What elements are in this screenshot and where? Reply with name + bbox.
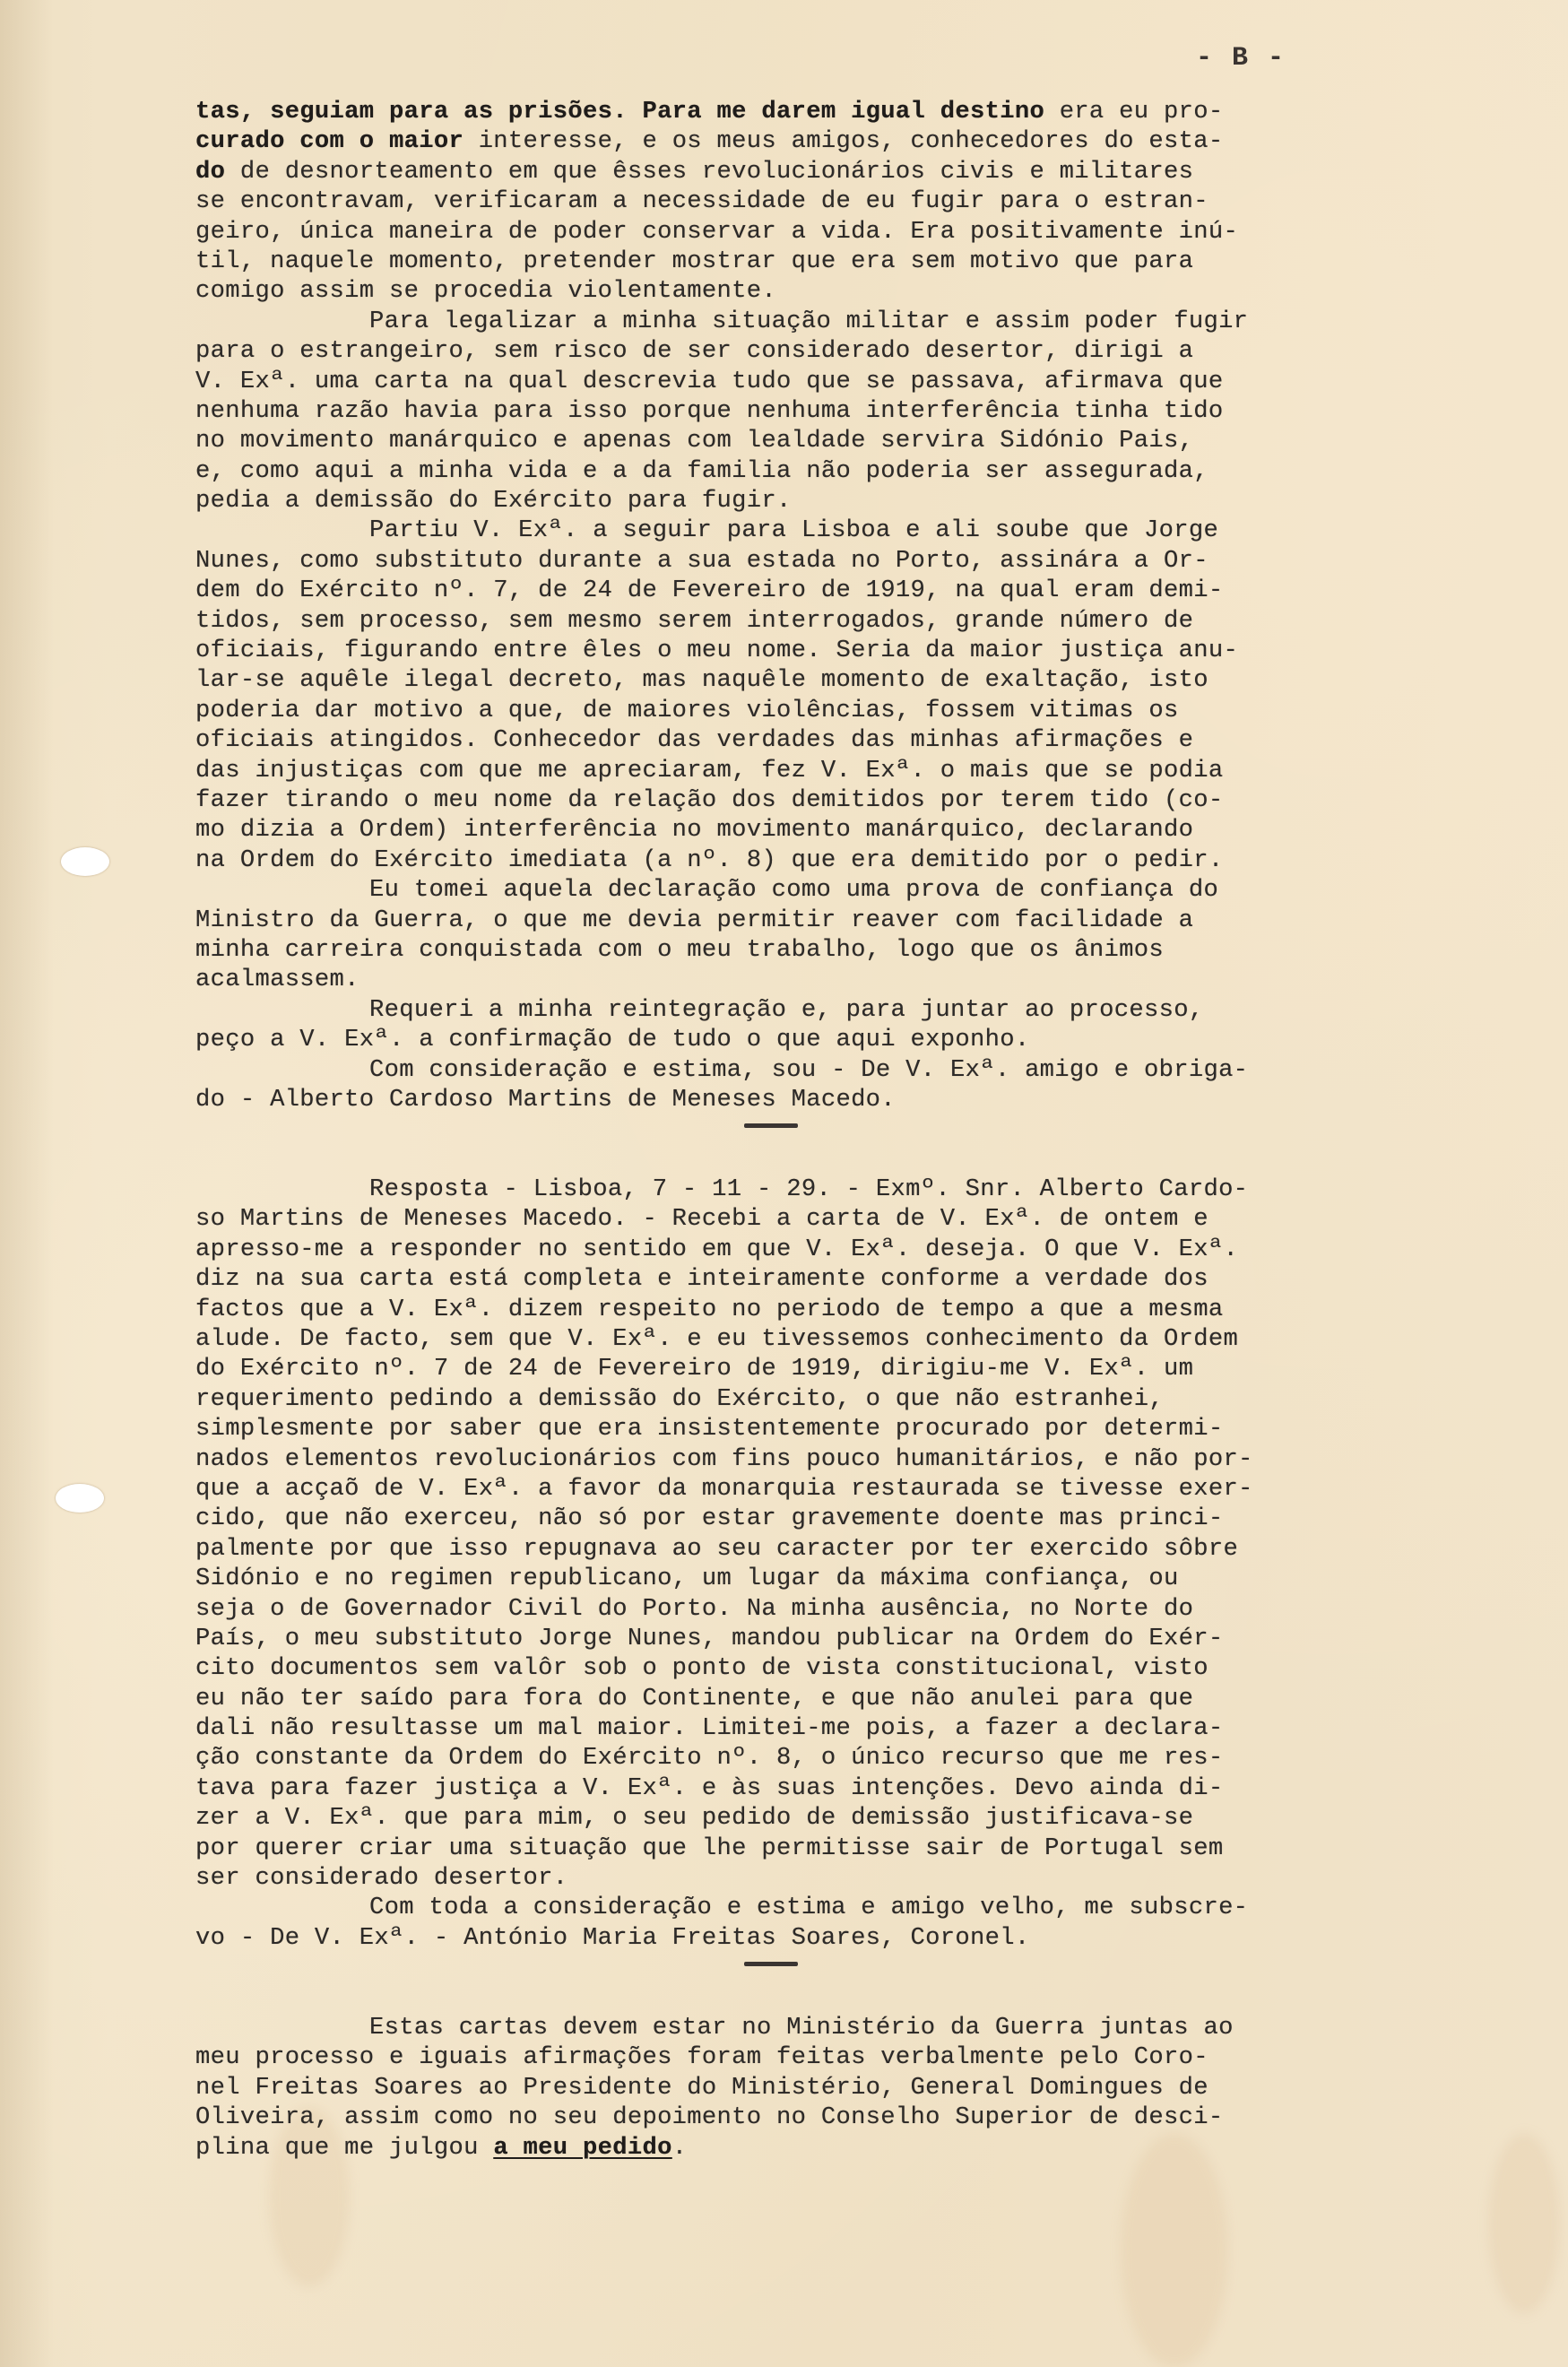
text-span: alude. De facto, sem que V. Exª. e eu ti… xyxy=(195,1325,1238,1353)
text-span: no movimento manárquico e apenas com lea… xyxy=(195,427,1193,455)
text-line: pedia a demissão do Exército para fugir. xyxy=(195,486,1486,516)
text-span: Nunes, como substituto durante a sua est… xyxy=(195,547,1208,575)
section-separator xyxy=(195,1114,1486,1144)
text-line: Estas cartas devem estar no Ministério d… xyxy=(195,2013,1486,2042)
text-span: Eu tomei aquela declaração como uma prov… xyxy=(369,876,1218,904)
text-line: do - Alberto Cardoso Martins de Meneses … xyxy=(195,1085,1486,1114)
text-line: Resposta - Lisboa, 7 - 11 - 29. - Exmº. … xyxy=(195,1175,1486,1204)
text-line: V. Exª. uma carta na qual descrevia tudo… xyxy=(195,367,1486,396)
text-span: Com consideração e estima, sou - De V. E… xyxy=(369,1056,1248,1084)
text-span: tidos, sem processo, sem mesmo serem int… xyxy=(195,607,1193,635)
text-span: palmente por que isso repugnava ao seu c… xyxy=(195,1535,1238,1563)
text-span: por querer criar uma situação que lhe pe… xyxy=(195,1834,1223,1862)
text-span: comigo assim se procedia violentamente. xyxy=(195,277,776,305)
text-line: oficiais atingidos. Conhecedor das verda… xyxy=(195,725,1486,755)
text-line: Nunes, como substituto durante a sua est… xyxy=(195,546,1486,576)
text-line: nenhuma razão havia para isso porque nen… xyxy=(195,396,1486,426)
text-line: ser considerado desertor. xyxy=(195,1863,1486,1893)
text-line: País, o meu substituto Jorge Nunes, mand… xyxy=(195,1624,1486,1653)
text-line: das injustiças com que me apreciaram, fe… xyxy=(195,756,1486,785)
text-span: so Martins de Meneses Macedo. - Recebi a… xyxy=(195,1205,1208,1233)
text-span: acalmassem. xyxy=(195,966,360,993)
text-line: peço a V. Exª. a confirmação de tudo o q… xyxy=(195,1025,1486,1054)
text-line: do de desnorteamento em que êsses revolu… xyxy=(195,157,1486,186)
text-span: Estas cartas devem estar no Ministério d… xyxy=(369,2014,1234,2042)
text-line: geiro, única maneira de poder conservar … xyxy=(195,217,1486,247)
text-line: nados elementos revolucionários com fins… xyxy=(195,1444,1486,1474)
text-span: oficiais, figurando entre êles o meu nom… xyxy=(195,637,1238,664)
text-line: acalmassem. xyxy=(195,965,1486,994)
punch-hole-top xyxy=(61,847,109,876)
section-separator xyxy=(195,1953,1486,1982)
text-span: nados elementos revolucionários com fins… xyxy=(195,1445,1253,1473)
bold-text: curado com o maior xyxy=(195,127,463,155)
text-line: oficiais, figurando entre êles o meu nom… xyxy=(195,636,1486,665)
text-line: alude. De facto, sem que V. Exª. e eu ti… xyxy=(195,1324,1486,1354)
text-span: zer a V. Exª. que para mim, o seu pedido… xyxy=(195,1804,1193,1832)
bold-text: do xyxy=(195,158,225,186)
text-line: se encontravam, verificaram a necessidad… xyxy=(195,186,1486,216)
text-span: e, como aqui a minha vida e a da familia… xyxy=(195,457,1208,485)
text-span: fazer tirando o meu nome da relação dos … xyxy=(195,786,1223,814)
paper-stain xyxy=(1121,2134,1228,2367)
text-span: do - Alberto Cardoso Martins de Meneses … xyxy=(195,1086,896,1114)
text-span: de desnorteamento em que êsses revolucio… xyxy=(225,158,1193,186)
text-span: se encontravam, verificaram a necessidad… xyxy=(195,187,1208,215)
text-line: poderia dar motivo a que, de maiores vio… xyxy=(195,696,1486,725)
text-line: nel Freitas Soares ao Presidente do Mini… xyxy=(195,2073,1486,2103)
text-line: so Martins de Meneses Macedo. - Recebi a… xyxy=(195,1204,1486,1234)
text-span: poderia dar motivo a que, de maiores vio… xyxy=(195,697,1179,724)
text-span: oficiais atingidos. Conhecedor das verda… xyxy=(195,726,1193,754)
document-page: - B - tas, seguiam para as prisões. Para… xyxy=(0,0,1568,2367)
text-line: cido, que não exerceu, não só por estar … xyxy=(195,1504,1486,1533)
text-line: Com consideração e estima, sou - De V. E… xyxy=(195,1055,1486,1085)
text-line: no movimento manárquico e apenas com lea… xyxy=(195,426,1486,455)
text-line: requerimento pedindo a demissão do Exérc… xyxy=(195,1384,1486,1414)
text-line: tidos, sem processo, sem mesmo serem int… xyxy=(195,606,1486,636)
text-line: meu processo e iguais afirmações foram f… xyxy=(195,2042,1486,2072)
text-span: pedia a demissão do Exército para fugir. xyxy=(195,487,792,515)
text-line: para o estrangeiro, sem risco de ser con… xyxy=(195,336,1486,366)
text-line: do Exército nº. 7 de 24 de Fevereiro de … xyxy=(195,1354,1486,1383)
bold-text: tas, seguiam para as prisões. Para me da… xyxy=(195,98,1044,126)
text-span: Requeri a minha reintegração e, para jun… xyxy=(369,996,1203,1024)
text-span: ção constante da Ordem do Exército nº. 8… xyxy=(195,1744,1223,1772)
text-line: mo dizia a Ordem) interferência no movim… xyxy=(195,815,1486,845)
text-span: Oliveira, assim como no seu depoimento n… xyxy=(195,2103,1223,2131)
text-span: que a acçaõ de V. Exª. a favor da monarq… xyxy=(195,1475,1253,1503)
text-span: Ministro da Guerra, o que me devia permi… xyxy=(195,906,1193,934)
text-span: País, o meu substituto Jorge Nunes, mand… xyxy=(195,1625,1223,1652)
text-line: diz na sua carta está completa e inteira… xyxy=(195,1264,1486,1294)
text-span: para o estrangeiro, sem risco de ser con… xyxy=(195,337,1193,365)
text-span: diz na sua carta está completa e inteira… xyxy=(195,1265,1208,1293)
closing-paragraph: Estas cartas devem estar no Ministério d… xyxy=(195,2013,1486,2133)
text-line: dem do Exército nº. 7, de 24 de Fevereir… xyxy=(195,576,1486,605)
text-span: nenhuma razão havia para isso porque nen… xyxy=(195,397,1223,425)
text-span: til, naquele momento, pretender mostrar … xyxy=(195,247,1193,275)
text-line: eu não ter saído para fora do Continente… xyxy=(195,1684,1486,1713)
reply-letter-from-soares: Resposta - Lisboa, 7 - 11 - 29. - Exmº. … xyxy=(195,1175,1486,1953)
text-line: Eu tomei aquela declaração como uma prov… xyxy=(195,875,1486,905)
text-line: ção constante da Ordem do Exército nº. 8… xyxy=(195,1743,1486,1773)
text-span: Para legalizar a minha situação militar … xyxy=(369,308,1248,335)
text-span: dali não resultasse um mal maior. Limite… xyxy=(195,1714,1223,1742)
text-span: seja o de Governador Civil do Porto. Na … xyxy=(195,1595,1193,1623)
text-line: zer a V. Exª. que para mim, o seu pedido… xyxy=(195,1803,1486,1833)
text-span: nel Freitas Soares ao Presidente do Mini… xyxy=(195,2074,1208,2102)
page-number: - B - xyxy=(1196,43,1286,74)
letter-from-macedo: tas, seguiam para as prisões. Para me da… xyxy=(195,97,1486,1114)
underlined-phrase: a meu pedido xyxy=(493,2134,671,2162)
text-span: interesse, e os meus amigos, conhecedore… xyxy=(463,127,1223,155)
text-span: tava para fazer justiça a V. Exª. e às s… xyxy=(195,1774,1223,1802)
text-span: Resposta - Lisboa, 7 - 11 - 29. - Exmº. … xyxy=(369,1175,1248,1203)
text-span: requerimento pedindo a demissão do Exérc… xyxy=(195,1385,1164,1413)
text-line: e, como aqui a minha vida e a da familia… xyxy=(195,456,1486,486)
text-span: ser considerado desertor. xyxy=(195,1864,567,1892)
text-span: . xyxy=(672,2134,688,2162)
paper-stain xyxy=(1488,2134,1560,2313)
text-line: til, naquele momento, pretender mostrar … xyxy=(195,247,1486,276)
text-line: Com toda a consideração e estima e amigo… xyxy=(195,1893,1486,1922)
text-line: tava para fazer justiça a V. Exª. e às s… xyxy=(195,1773,1486,1803)
text-line: minha carreira conquistada com o meu tra… xyxy=(195,935,1486,965)
text-span: era eu pro- xyxy=(1044,98,1223,126)
text-span: das injustiças com que me apreciaram, fe… xyxy=(195,757,1223,785)
text-span: cido, que não exerceu, não só por estar … xyxy=(195,1504,1223,1532)
text-line: Sidónio e no regimen republicano, um lug… xyxy=(195,1564,1486,1593)
text-span: plina que me julgou xyxy=(195,2134,493,2162)
text-span: do Exército nº. 7 de 24 de Fevereiro de … xyxy=(195,1355,1193,1383)
text-line: Para legalizar a minha situação militar … xyxy=(195,307,1486,336)
text-line: dali não resultasse um mal maior. Limite… xyxy=(195,1713,1486,1743)
text-line: tas, seguiam para as prisões. Para me da… xyxy=(195,97,1486,126)
text-span: minha carreira conquistada com o meu tra… xyxy=(195,936,1164,964)
text-line: comigo assim se procedia violentamente. xyxy=(195,276,1486,306)
text-span: Sidónio e no regimen republicano, um lug… xyxy=(195,1565,1179,1592)
punch-hole-bottom xyxy=(56,1484,104,1513)
text-span: peço a V. Exª. a confirmação de tudo o q… xyxy=(195,1026,1029,1053)
text-span: lar-se aquêle ilegal decreto, mas naquêl… xyxy=(195,666,1208,694)
text-line: Oliveira, assim como no seu depoimento n… xyxy=(195,2103,1486,2132)
text-span: apresso-me a responder no sentido em que… xyxy=(195,1236,1238,1263)
text-line: seja o de Governador Civil do Porto. Na … xyxy=(195,1594,1486,1624)
text-line: que a acçaõ de V. Exª. a favor da monarq… xyxy=(195,1474,1486,1504)
text-line: factos que a V. Exª. dizem respeito no p… xyxy=(195,1295,1486,1324)
text-line: vo - De V. Exª. - António Maria Freitas … xyxy=(195,1923,1486,1953)
page-fold-shadow xyxy=(0,0,54,2367)
text-span: geiro, única maneira de poder conservar … xyxy=(195,218,1238,246)
text-span: cito documentos sem valôr sob o ponto de… xyxy=(195,1654,1208,1682)
text-span: eu não ter saído para fora do Continente… xyxy=(195,1685,1193,1712)
text-line: Ministro da Guerra, o que me devia permi… xyxy=(195,906,1486,935)
text-span: factos que a V. Exª. dizem respeito no p… xyxy=(195,1296,1223,1323)
text-line: lar-se aquêle ilegal decreto, mas naquêl… xyxy=(195,665,1486,695)
closing-last-line: plina que me julgou a meu pedido. xyxy=(195,2133,1486,2163)
text-span: mo dizia a Ordem) interferência no movim… xyxy=(195,816,1193,844)
text-line: fazer tirando o meu nome da relação dos … xyxy=(195,785,1486,815)
text-line: cito documentos sem valôr sob o ponto de… xyxy=(195,1653,1486,1683)
text-span: simplesmente por saber que era insistent… xyxy=(195,1415,1223,1443)
document-body: tas, seguiam para as prisões. Para me da… xyxy=(195,97,1486,2163)
text-line: curado com o maior interesse, e os meus … xyxy=(195,126,1486,156)
text-line: Partiu V. Exª. a seguir para Lisboa e al… xyxy=(195,516,1486,545)
text-span: V. Exª. uma carta na qual descrevia tudo… xyxy=(195,368,1223,395)
text-line: apresso-me a responder no sentido em que… xyxy=(195,1235,1486,1264)
text-line: por querer criar uma situação que lhe pe… xyxy=(195,1834,1486,1863)
text-line: simplesmente por saber que era insistent… xyxy=(195,1414,1486,1444)
text-span: Com toda a consideração e estima e amigo… xyxy=(369,1894,1248,1921)
text-line: palmente por que isso repugnava ao seu c… xyxy=(195,1534,1486,1564)
text-span: meu processo e iguais afirmações foram f… xyxy=(195,2043,1208,2071)
text-span: dem do Exército nº. 7, de 24 de Fevereir… xyxy=(195,577,1223,604)
text-line: Requeri a minha reintegração e, para jun… xyxy=(195,995,1486,1025)
text-span: vo - De V. Exª. - António Maria Freitas … xyxy=(195,1924,1029,1952)
text-span: na Ordem do Exército imediata (a nº. 8) … xyxy=(195,846,1223,874)
text-line: na Ordem do Exército imediata (a nº. 8) … xyxy=(195,845,1486,875)
text-span: Partiu V. Exª. a seguir para Lisboa e al… xyxy=(369,516,1218,544)
